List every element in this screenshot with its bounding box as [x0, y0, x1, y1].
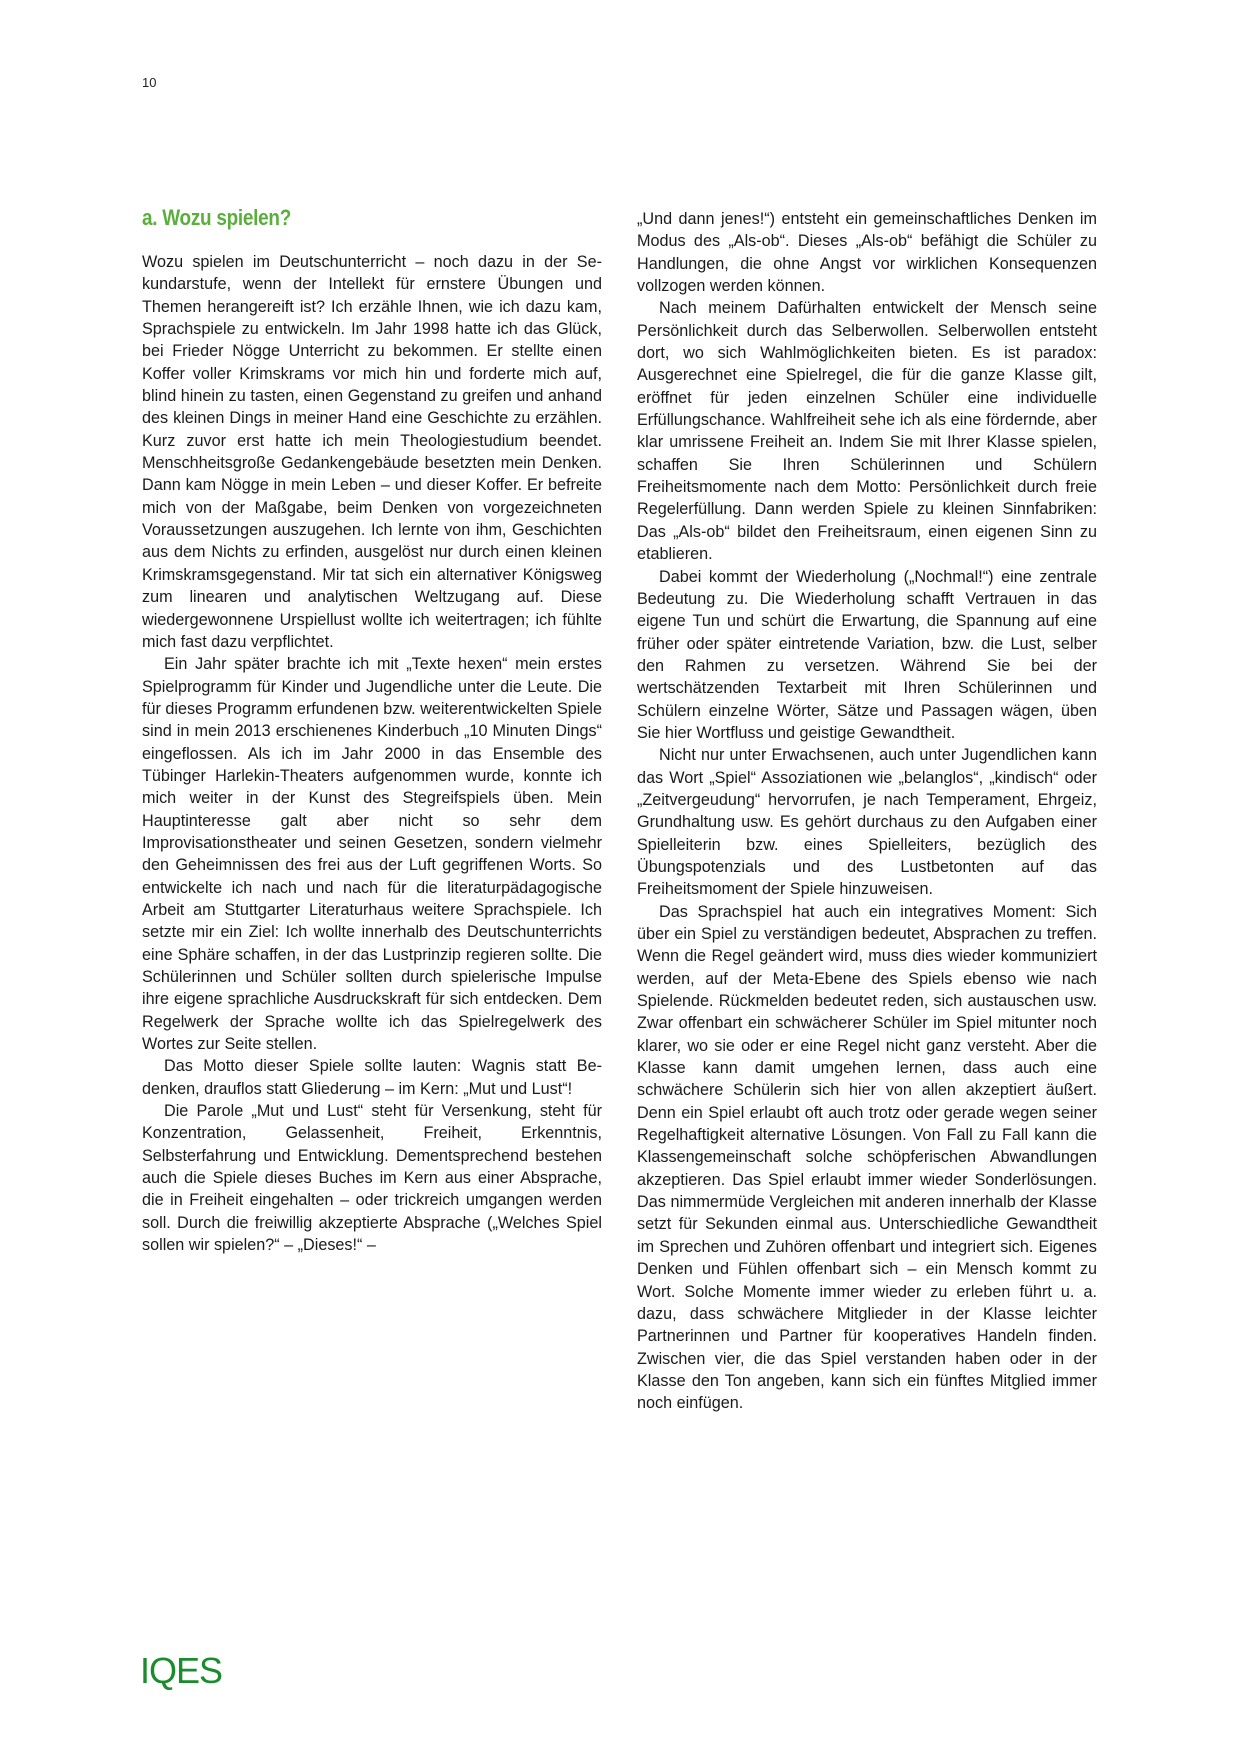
section-heading: a. Wozu spielen?	[142, 205, 538, 231]
iqes-logo: IQES	[140, 1650, 222, 1692]
right-column: „Und dann jenes!“) entsteht ein gemeinsc…	[637, 208, 1097, 1415]
left-column: a. Wozu spielen? Wozu spielen im Deutsch…	[142, 205, 602, 1256]
paragraph: Das Motto dieser Spiele sollte lauten: W…	[142, 1055, 602, 1100]
paragraph: Dabei kommt der Wiederholung („Nochmal!“…	[637, 566, 1097, 745]
paragraph: Wozu spielen im Deutschunterricht – noch…	[142, 251, 602, 653]
paragraph: Ein Jahr später brachte ich mit „Texte h…	[142, 653, 602, 1055]
paragraph: Die Parole „Mut und Lust“ steht für Vers…	[142, 1100, 602, 1256]
paragraph: „Und dann jenes!“) entsteht ein gemeinsc…	[637, 208, 1097, 297]
page-number: 10	[142, 75, 156, 90]
paragraph: Das Sprachspiel hat auch ein integrative…	[637, 901, 1097, 1415]
paragraph: Nicht nur unter Erwachsenen, auch unter …	[637, 744, 1097, 900]
paragraph: Nach meinem Dafürhalten entwickelt der M…	[637, 297, 1097, 565]
